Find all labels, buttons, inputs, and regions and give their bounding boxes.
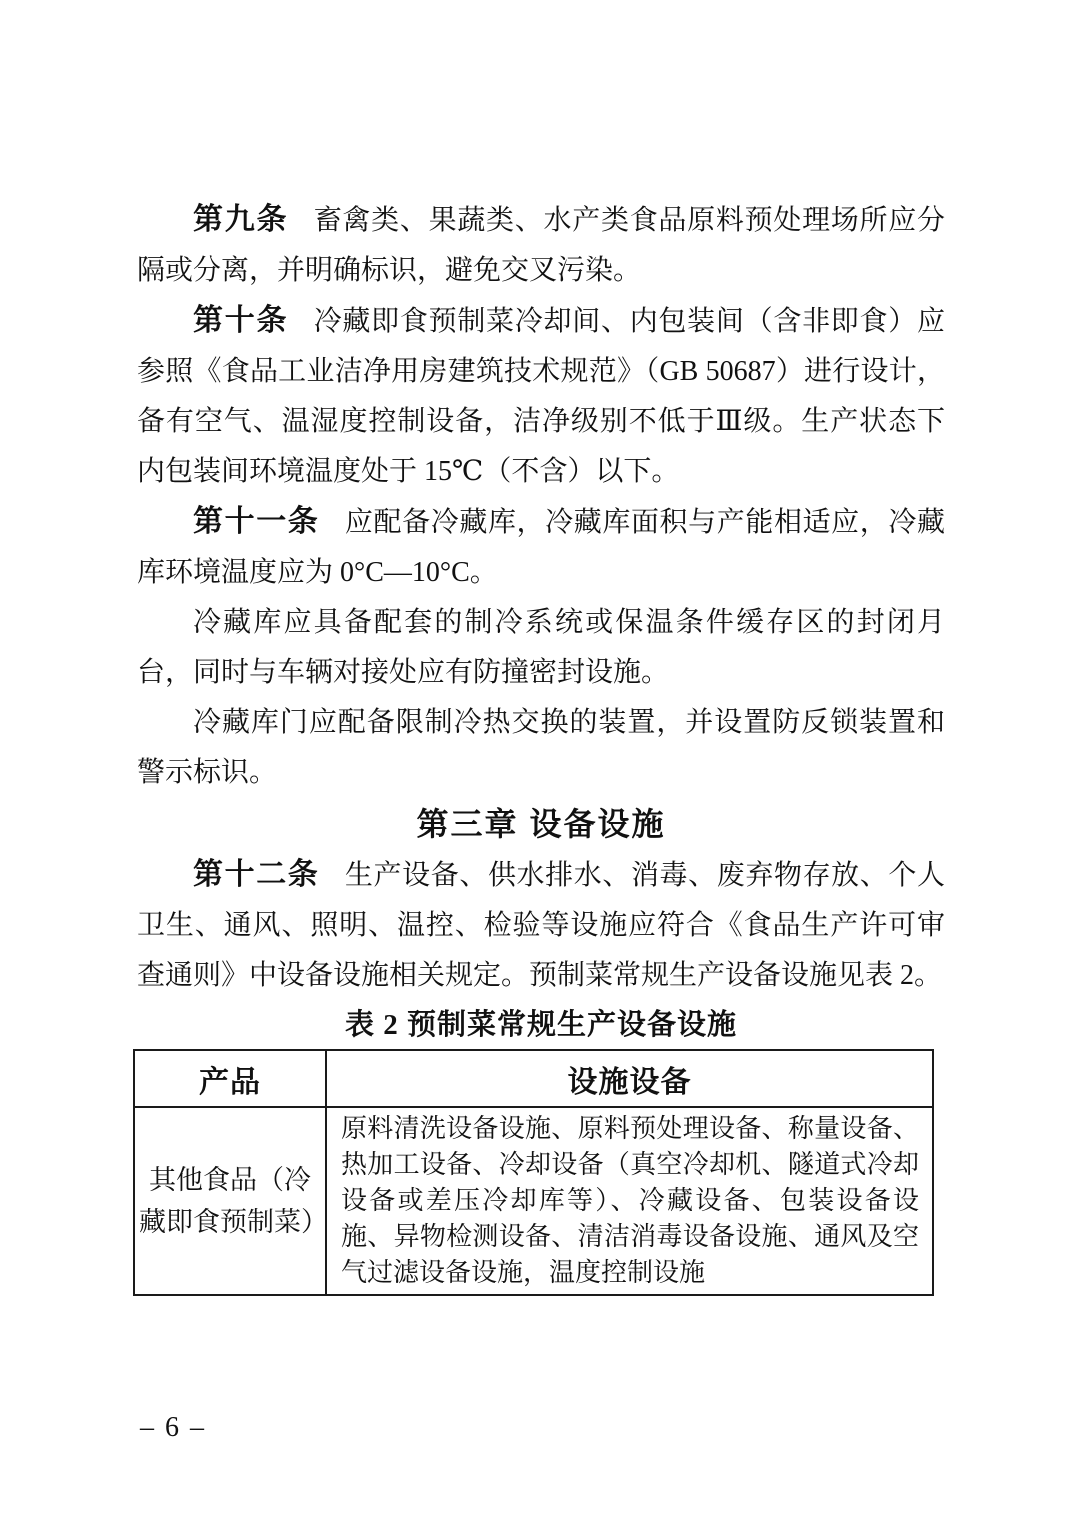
equipment-table: 产品 设施设备 其他食品（冷藏即食预制菜） 原料清洗设备设施、原料预处理设备、称… xyxy=(133,1049,934,1296)
article-11-number: 第十一条 xyxy=(193,505,319,538)
cold-storage-door-text: 冷藏库门应配备限制冷热交换的装置，并设置防反锁装置和警示标识。 xyxy=(137,707,945,788)
page-number: – 6 – xyxy=(140,1408,206,1448)
article-12-number: 第十二条 xyxy=(193,858,319,891)
document-page: 第九条畜禽类、果蔬类、水产类食品原料预处理场所应分隔或分离，并明确标识，避免交叉… xyxy=(0,0,1074,1520)
article-10-paragraph: 第十条冷藏即食预制菜冷却间、内包装间（含非即食）应参照《食品工业洁净用房建筑技术… xyxy=(137,296,945,497)
table-header-product: 产品 xyxy=(134,1050,326,1107)
article-11-paragraph: 第十一条应配备冷藏库，冷藏库面积与产能相适应，冷藏库环境温度应为 0°C—10°… xyxy=(137,497,945,598)
chapter-3-heading: 第三章 设备设施 xyxy=(137,798,945,850)
cold-storage-platform-paragraph: 冷藏库应具备配套的制冷系统或保温条件缓存区的封闭月台，同时与车辆对接处应有防撞密… xyxy=(137,598,945,698)
table-row: 其他食品（冷藏即食预制菜） 原料清洗设备设施、原料预处理设备、称量设备、热加工设… xyxy=(134,1107,933,1295)
table-cell-product: 其他食品（冷藏即食预制菜） xyxy=(134,1107,326,1295)
cold-storage-platform-text: 冷藏库应具备配套的制冷系统或保温条件缓存区的封闭月台，同时与车辆对接处应有防撞密… xyxy=(137,607,945,688)
table-header-row: 产品 设施设备 xyxy=(134,1050,933,1107)
article-10-number: 第十条 xyxy=(193,304,288,337)
cold-storage-door-paragraph: 冷藏库门应配备限制冷热交换的装置，并设置防反锁装置和警示标识。 xyxy=(137,698,945,798)
table-2-caption: 表 2 预制菜常规生产设备设施 xyxy=(137,1001,945,1049)
table-cell-equipment: 原料清洗设备设施、原料预处理设备、称量设备、热加工设备、冷却设备（真空冷却机、隧… xyxy=(326,1107,933,1295)
table-header-equipment: 设施设备 xyxy=(326,1050,933,1107)
article-12-paragraph: 第十二条生产设备、供水排水、消毒、废弃物存放、个人卫生、通风、照明、温控、检验等… xyxy=(137,850,945,1001)
document-body: 第九条畜禽类、果蔬类、水产类食品原料预处理场所应分隔或分离，并明确标识，避免交叉… xyxy=(137,195,945,1296)
article-9-number: 第九条 xyxy=(193,203,288,236)
article-9-paragraph: 第九条畜禽类、果蔬类、水产类食品原料预处理场所应分隔或分离，并明确标识，避免交叉… xyxy=(137,195,945,296)
